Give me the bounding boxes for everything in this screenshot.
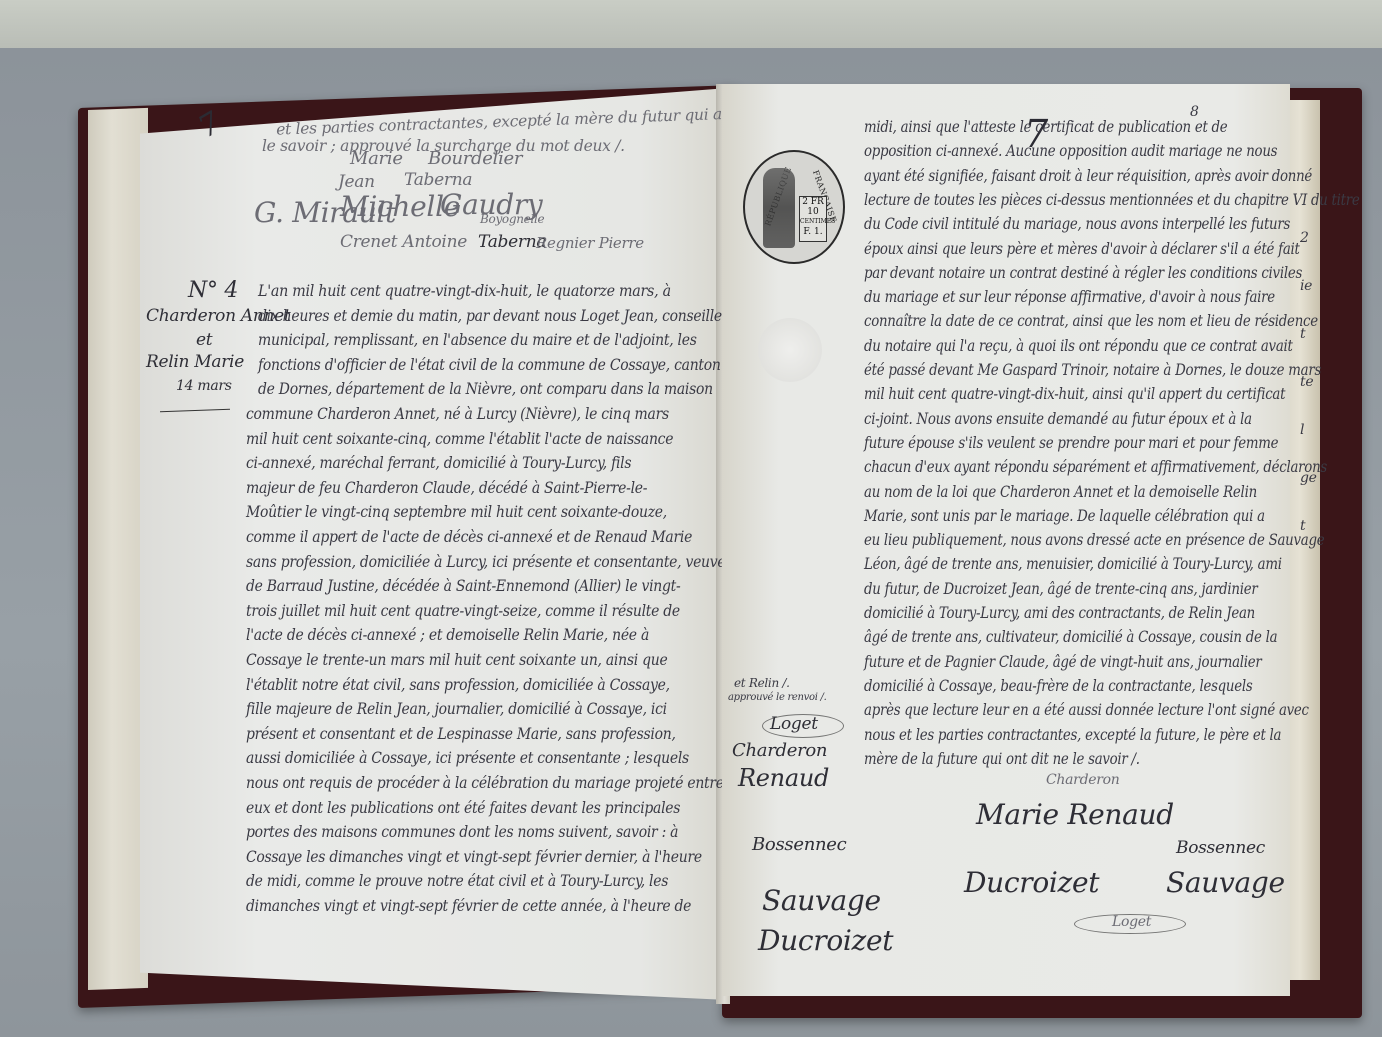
left-body-line: L'an mil huit cent quatre-vingt-dix-huit… bbox=[258, 282, 671, 300]
signature-sauvage-center: Sauvage bbox=[1166, 866, 1285, 899]
right-body-line: Léon, âgé de trente ans, menuisier, domi… bbox=[864, 555, 1282, 573]
left-body-line: dix heures et demie du matin, par devant… bbox=[258, 307, 681, 325]
marianne-figure-icon bbox=[763, 168, 795, 248]
right-body-line: mère de la future qui ont dit ne le savo… bbox=[864, 750, 1140, 768]
fiscal-stamp: RÉPUBLIQUE FRANÇAISE 2 FR 10 CENTIMES F.… bbox=[743, 150, 845, 264]
right-body-line: au nom de la loi que Charderon Annet et … bbox=[864, 483, 1257, 501]
signature-flourish-center bbox=[1074, 914, 1186, 934]
left-body-line: l'établit notre état civil, sans profess… bbox=[246, 676, 669, 694]
left-body-line: présent et consentant et de Lespinasse M… bbox=[246, 725, 669, 743]
edge-fragment: l bbox=[1300, 422, 1304, 438]
left-body-line: comme il appert de l'acte de décès ci-an… bbox=[246, 528, 669, 546]
right-body-line: époux ainsi que leurs père et mères d'av… bbox=[864, 240, 1300, 258]
left-body-line: majeur de feu Charderon Claude, décédé à… bbox=[246, 479, 647, 497]
right-body-line: future et de Pagnier Claude, âgé de ving… bbox=[864, 653, 1262, 671]
left-body-line: de Barraud Justine, décédée à Saint-Enne… bbox=[246, 577, 669, 595]
left-body-line: sans profession, domiciliée à Lurcy, ici… bbox=[246, 553, 669, 571]
embossed-seal bbox=[758, 318, 822, 382]
stamp-series: F. 1. bbox=[800, 227, 826, 237]
right-body-line: du Code civil intitulé du mariage, nous … bbox=[864, 215, 1290, 233]
act-number: N° 4 bbox=[188, 278, 238, 303]
signature-sauvage-left: Sauvage bbox=[762, 884, 881, 917]
left-body-line: commune Charderon Annet, né à Lurcy (Niè… bbox=[246, 405, 669, 423]
background-shelf bbox=[0, 0, 1382, 50]
right-body-line: eu lieu publiquement, nous avons dressé … bbox=[864, 531, 1324, 549]
right-body-line: midi, ainsi que l'atteste le certificat … bbox=[864, 118, 1227, 136]
left-body-line: de midi, comme le prouve notre état civi… bbox=[246, 872, 668, 890]
signature-renaud-left: Renaud bbox=[738, 764, 829, 792]
margin-bride-name: Relin Marie bbox=[146, 352, 244, 372]
right-body-line: domicilié à Toury-Lurcy, ami des contrac… bbox=[864, 604, 1255, 622]
left-body-line: eux et dont les publications ont été fai… bbox=[246, 799, 669, 817]
right-body-line: du futur, de Ducroizet Jean, âgé de tren… bbox=[864, 580, 1258, 598]
margin-date: 14 mars bbox=[176, 378, 232, 394]
left-body-line: nous ont requis de procéder à la célébra… bbox=[246, 774, 669, 792]
signature-marie-renaud: Marie Renaud bbox=[976, 798, 1174, 831]
edge-fragment: te bbox=[1300, 374, 1313, 390]
signature-crenet: Crenet Antoine bbox=[340, 232, 467, 252]
signature-jean: Jean bbox=[338, 172, 375, 192]
left-body-line: Cossaye le trente-un mars mil huit cent … bbox=[246, 651, 667, 669]
signature-bossennec-center: Bossennec bbox=[1176, 838, 1265, 858]
page-stack-left bbox=[88, 108, 148, 990]
edge-fragment: ge bbox=[1300, 470, 1317, 486]
signature-bourdelier: Bourdelier bbox=[428, 148, 522, 169]
right-body-line: mil huit cent quatre-vingt-dix-huit, ain… bbox=[864, 385, 1285, 403]
right-body-line: du notaire qui l'a reçu, à quoi ils ont … bbox=[864, 337, 1293, 355]
edge-fragment: 2 bbox=[1300, 230, 1309, 246]
signature-boyognelle: Boyognelle bbox=[480, 212, 544, 226]
signature-bossennec-left: Bossennec bbox=[752, 834, 846, 855]
signature-charderon-left: Charderon bbox=[732, 740, 827, 761]
right-body-line: nous et les parties contractantes, excep… bbox=[864, 726, 1281, 744]
left-body-line: portes des maisons communes dont les nom… bbox=[246, 823, 669, 841]
stamp-value: 2 FR 10 CENTIMES F. 1. bbox=[799, 196, 827, 242]
right-body-line: été passé devant Me Gaspard Trinoir, not… bbox=[864, 361, 1321, 379]
left-body-line: dimanches vingt et vingt-sept février de… bbox=[246, 897, 669, 915]
right-body-line: ci-joint. Nous avons ensuite demandé au … bbox=[864, 410, 1252, 428]
left-body-line: de Dornes, département de la Nièvre, ont… bbox=[258, 380, 681, 398]
right-body-line: du mariage et sur leur réponse affirmati… bbox=[864, 288, 1275, 306]
signature-regnier: Regnier Pierre bbox=[536, 234, 644, 252]
right-body-line: connaître la date de ce contrat, ainsi q… bbox=[864, 312, 1318, 330]
right-body-line: après que lecture leur en a été aussi do… bbox=[864, 701, 1309, 719]
left-body-line: ci-annexé, maréchal ferrant, domicilié à… bbox=[246, 454, 631, 472]
signature-taberna: Taberna bbox=[404, 170, 472, 190]
left-body-line: mil huit cent soixante-cinq, comme l'éta… bbox=[246, 430, 669, 448]
margin-conjunction: et bbox=[196, 330, 212, 350]
left-body-line: municipal, remplissant, en l'absence du … bbox=[258, 331, 681, 349]
signature-marie: Marie bbox=[350, 148, 403, 169]
right-body-line: chacun d'eux ayant répondu séparément et… bbox=[864, 458, 1327, 476]
edge-fragment: t bbox=[1300, 326, 1305, 342]
stamp-value-unit: CENTIMES bbox=[800, 217, 826, 227]
signature-charderon-center: Charderon bbox=[1046, 772, 1119, 788]
signature-ducroizet-left: Ducroizet bbox=[758, 924, 893, 957]
stamp-value-amount: 2 FR 10 bbox=[800, 197, 826, 217]
edge-fragment: ie bbox=[1300, 278, 1312, 294]
left-body-line: fonctions d'officier de l'état civil de … bbox=[258, 356, 681, 374]
left-body-line: fille majeure de Relin Jean, journalier,… bbox=[246, 700, 667, 718]
left-body-line: aussi domiciliée à Cossaye, ici présente… bbox=[246, 749, 669, 767]
right-body-line: Marie, sont unis par le mariage. De laqu… bbox=[864, 507, 1265, 525]
right-body-line: lecture de toutes les pièces ci-dessus m… bbox=[864, 191, 1359, 209]
left-body-line: trois juillet mil huit cent quatre-vingt… bbox=[246, 602, 669, 620]
margin-note-line-1: et Relin /. bbox=[734, 676, 790, 690]
right-body-line: âgé de trente ans, cultivateur, domicili… bbox=[864, 628, 1277, 646]
left-body-line: l'acte de décès ci-annexé ; et demoisell… bbox=[246, 626, 649, 644]
right-body-line: domicilié à Cossaye, beau-frère de la co… bbox=[864, 677, 1252, 695]
right-body-line: future épouse s'ils veulent se prendre p… bbox=[864, 434, 1278, 452]
left-body-line: Moûtier le vingt-cinq septembre mil huit… bbox=[246, 503, 667, 521]
signature-ducroizet-center: Ducroizet bbox=[964, 866, 1099, 899]
right-body-line: par devant notaire un contrat destiné à … bbox=[864, 264, 1302, 282]
right-body-line: opposition ci-annexé. Aucune opposition … bbox=[864, 142, 1277, 160]
signature-flourish bbox=[762, 714, 844, 738]
right-body-line: ayant été signifiée, faisant droit à leu… bbox=[864, 167, 1312, 185]
edge-fragment: t bbox=[1300, 518, 1305, 534]
left-body-line: Cossaye les dimanches vingt et vingt-sep… bbox=[246, 848, 669, 866]
margin-note-line-2: approuvé le renvoi /. bbox=[728, 692, 826, 703]
